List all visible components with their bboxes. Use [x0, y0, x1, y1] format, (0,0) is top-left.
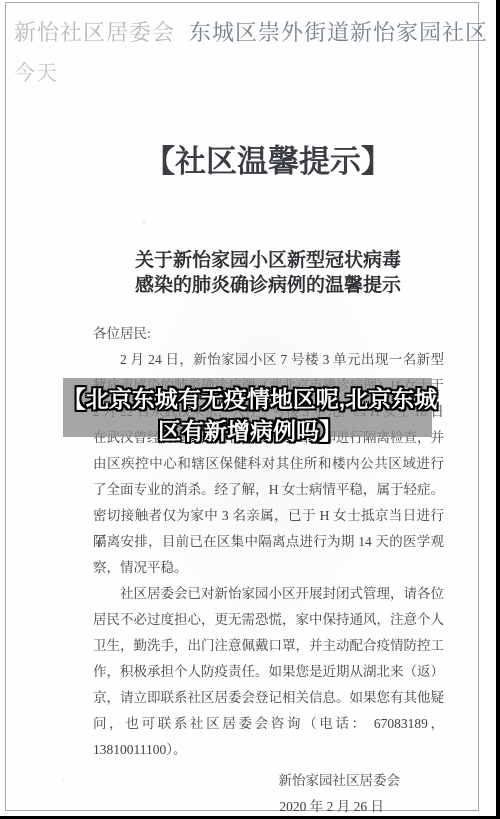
notice-title-line: 感染的肺炎确诊病例的温馨提示	[88, 273, 448, 298]
watermark-caption-line: 区有新增病例吗】	[10, 415, 490, 447]
body-line: 京，请立即联系社区居委会登记相关信息。如果您有其他疑	[93, 685, 444, 711]
body-line: 社区居委会已对新怡家园小区开展封闭式管理，请各位	[93, 581, 444, 607]
body-line: 居民不必过度担心，更无需恐慌，家中保持通风，注意个人	[93, 607, 444, 633]
group-title: 东城区崇外街道新怡家园社区	[189, 16, 488, 47]
sender-name: 新怡社区居委会	[14, 16, 175, 47]
salutation: 各位居民:	[93, 322, 151, 342]
body-line: 2 月 24 日，新怡家园小区 7 号楼 3 单元出现一名新型冠	[93, 347, 444, 373]
body-line: 作，积极承担个人防疫责任。如果您是近期从湖北来（返）	[93, 659, 444, 685]
watermark-caption: 【北京东城有无疫情地区呢,北京东城区有新增病例吗】	[10, 383, 490, 447]
body-line: 察，情况平稳。	[93, 555, 444, 581]
watermark-caption-line: 【北京东城有无疫情地区呢,北京东城	[10, 383, 490, 415]
signature: 新怡家园社区居委会	[93, 768, 400, 794]
body-line: 了全面专业的消杀。经了解，H 女士病情平稳，属于轻症。	[93, 477, 444, 503]
body-line: 问，也可联系社区居委会咨询（电话： 67083189，	[93, 711, 444, 737]
letterbox-right	[496, 0, 500, 819]
notice-banner: 【社区温馨提示】	[88, 136, 448, 181]
body-line: 卫生，勤洗手，出门注意佩戴口罩，并主动配合疫情防控工	[93, 633, 444, 659]
notice-title: 关于新怡家园小区新型冠状病毒感染的肺炎确诊病例的温馨提示	[88, 248, 448, 298]
body-line: 密切接触者仅为家中 3 名亲属，已于 H 女士抵京当日进行了	[93, 503, 444, 529]
timestamp: 今天	[14, 57, 58, 87]
signature-block: 新怡家园社区居委会 2020 年 2 月 26 日	[93, 768, 400, 819]
body-line: 由区疾控中心和辖区保健科对其住所和楼内公共区域进行	[93, 451, 444, 477]
notice-title-line: 关于新怡家园小区新型冠状病毒	[88, 248, 448, 273]
body-line: 13810011100）。	[93, 737, 444, 763]
body-line: 隔离安排，目前已在区集中隔离点进行为期 14 天的医学观	[93, 529, 444, 555]
